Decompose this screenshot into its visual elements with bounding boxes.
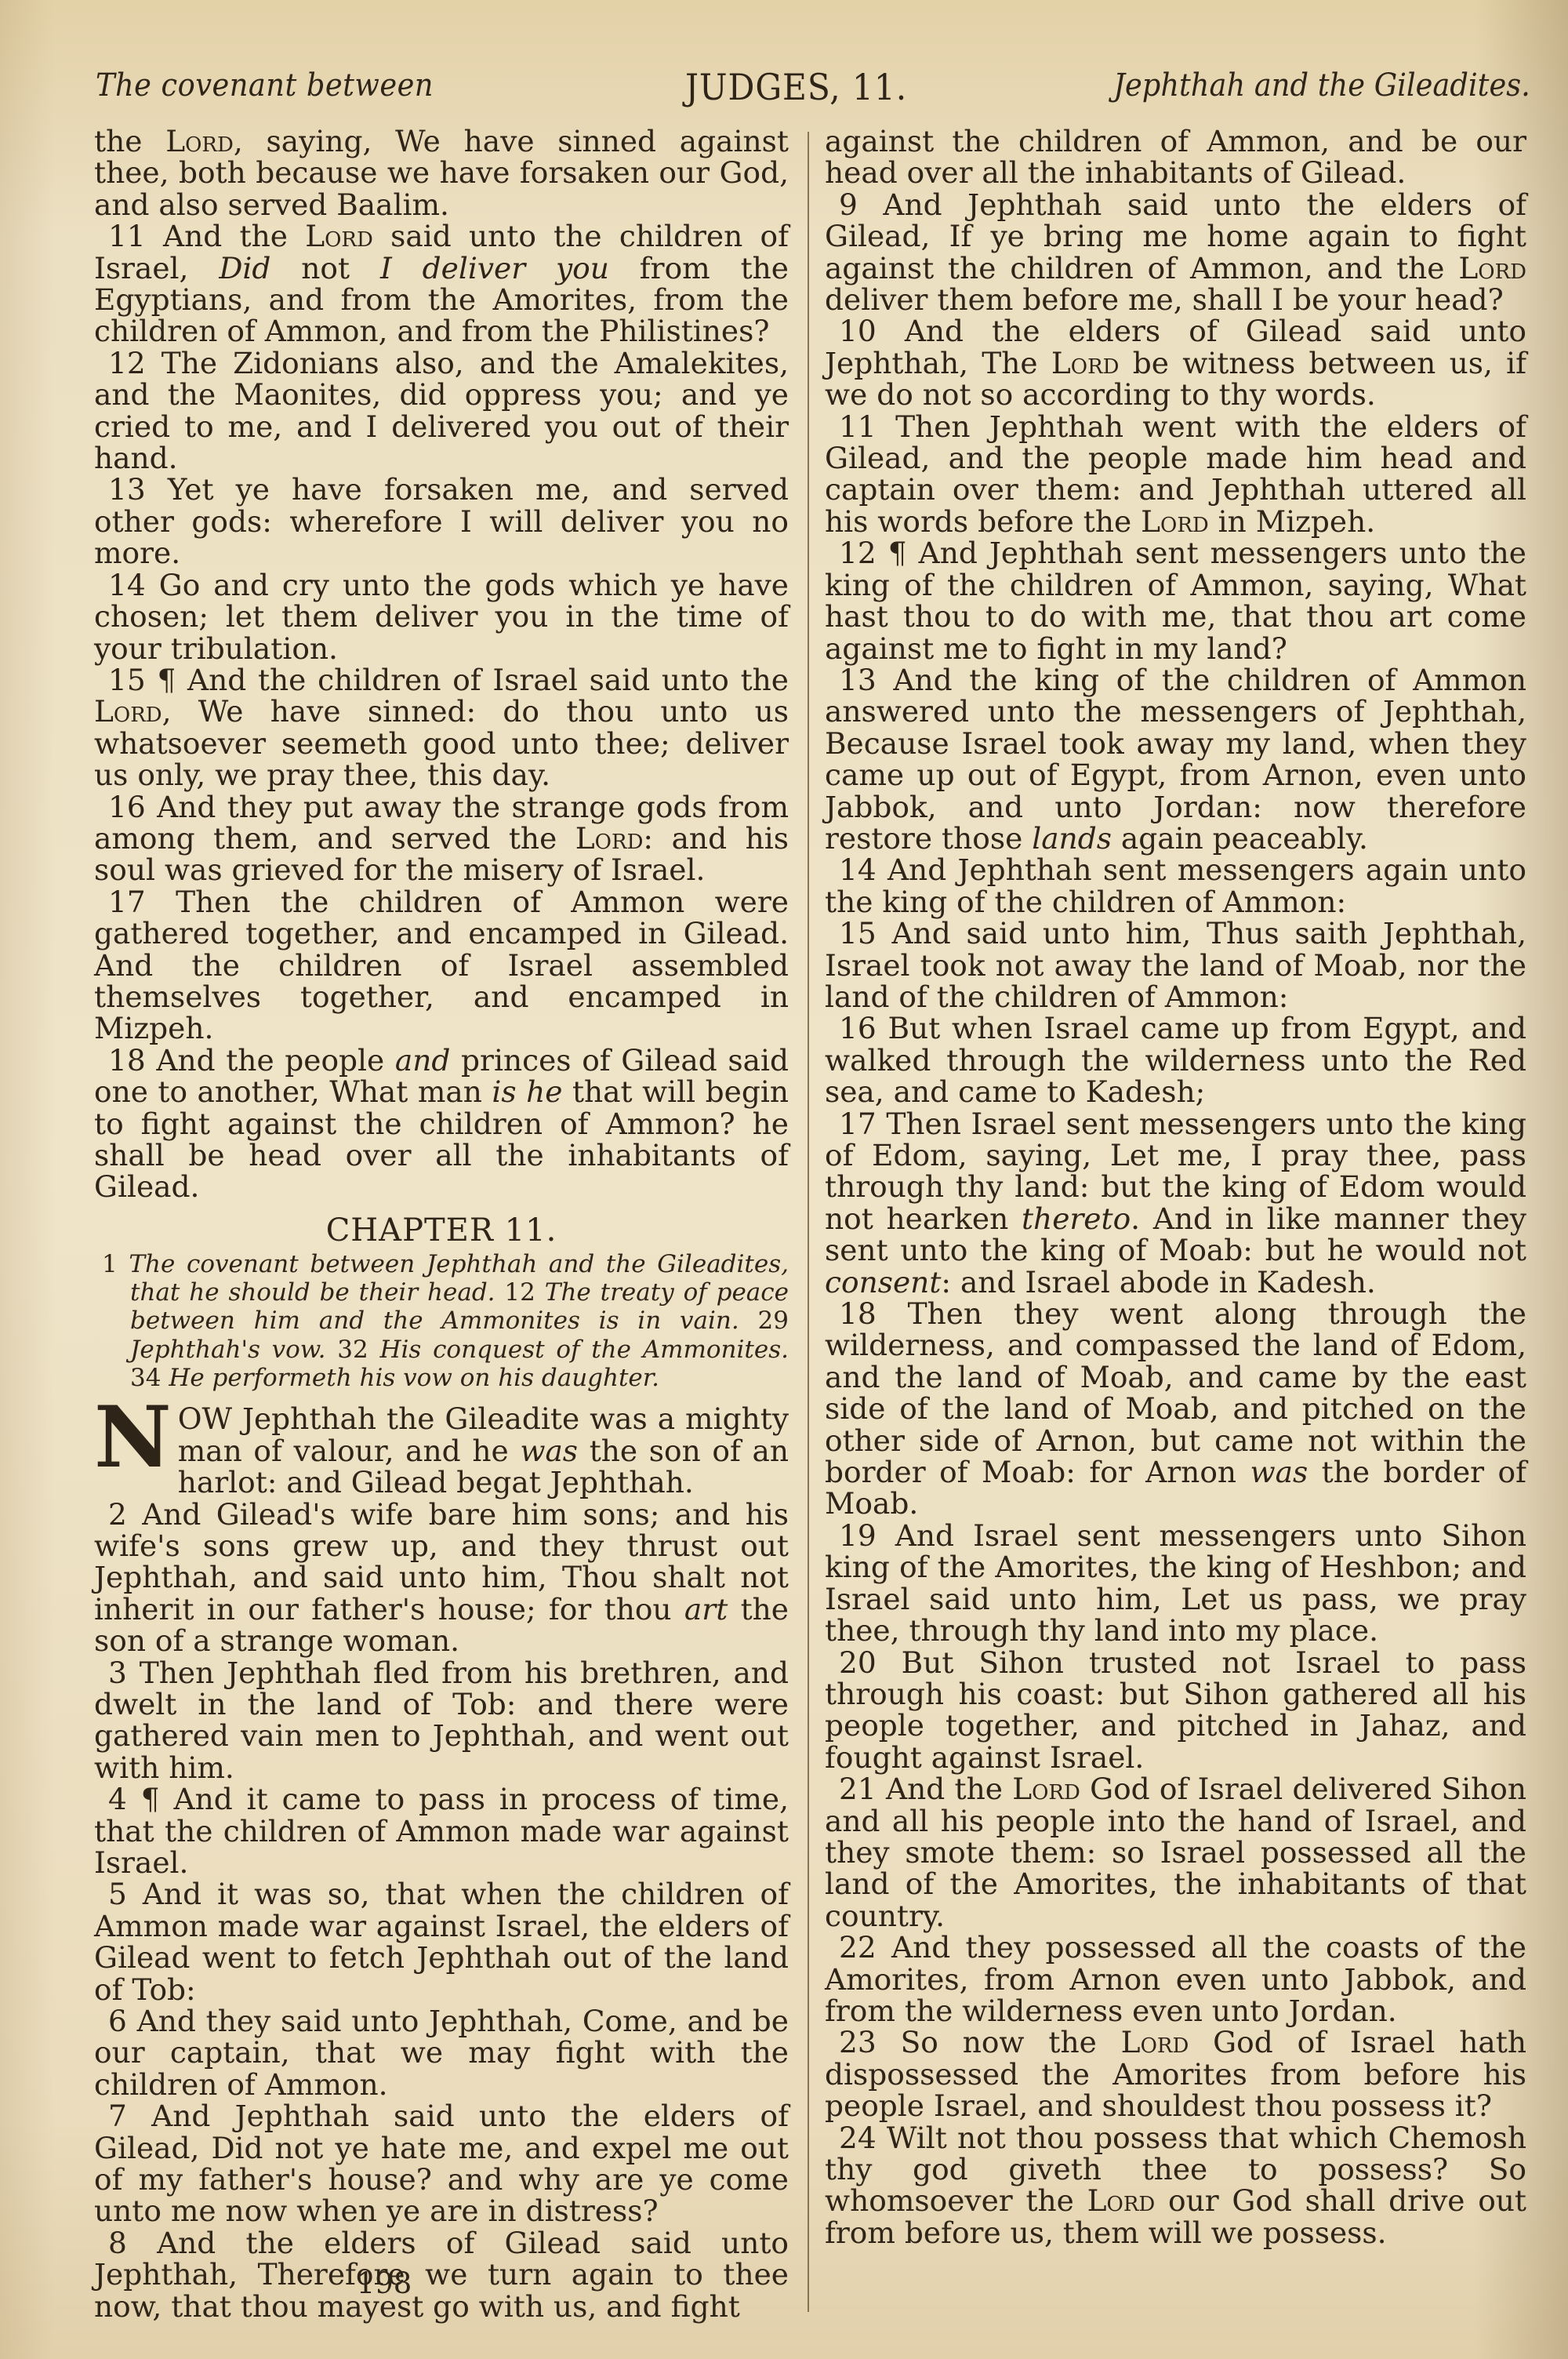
verse-number: 2 <box>94 1497 142 1532</box>
text-run: And said unto him, Thus saith Jephthah, … <box>825 916 1526 1014</box>
verse-1-text: OW Jephthah the Gileadite was a mighty m… <box>178 1401 789 1499</box>
italic-supplied-word: was <box>1250 1455 1308 1489</box>
verse: 23 So now the Lord God of Israel hath di… <box>825 2026 1526 2121</box>
italic-supplied-word: Did <box>219 251 270 285</box>
verse-number: 17 <box>94 885 176 919</box>
small-caps-lord: Lord <box>1051 346 1120 380</box>
text-run: Jephthah's vow. <box>130 1336 337 1364</box>
verse-number: 16 <box>94 790 157 824</box>
text-run: And the elders of Gilead said unto Jepht… <box>94 2226 789 2324</box>
verse: 17 Then Israel sent messengers unto the … <box>825 1108 1526 1298</box>
text-run: And Jephthah said unto the elders of Gil… <box>825 187 1526 285</box>
chapter-summary: 1 The covenant between Jephthah and the … <box>94 1250 789 1392</box>
verse-number: 22 <box>825 1930 891 1965</box>
text-run: But Sihon trusted not Israel to pass thr… <box>825 1645 1526 1775</box>
italic-supplied-word: is he <box>492 1074 562 1109</box>
small-caps-lord: Lord <box>94 694 162 729</box>
text-run: The Zidonians also, and the Amalekites, … <box>94 346 789 475</box>
summary-verse-ref: 1 <box>102 1250 129 1278</box>
verse-number: 10 <box>825 314 905 348</box>
verse-number: 5 <box>94 1877 143 1911</box>
verse: 24 Wilt not thou possess that which Chem… <box>825 2122 1526 2249</box>
text-run: And they said unto Jephthah, Come, and b… <box>94 2004 789 2102</box>
text-run: again peaceably. <box>1112 821 1368 856</box>
verse-number: 14 <box>825 852 887 887</box>
verse: 16 But when Israel came up from Egypt, a… <box>825 1012 1526 1107</box>
text-run: And Israel sent messengers unto Sihon ki… <box>825 1518 1526 1648</box>
small-caps-lord: Lord <box>1087 2183 1156 2218</box>
verse: 17 Then the children of Ammon were gathe… <box>94 886 789 1045</box>
verse: 18 And the people and princes of Gilead … <box>94 1045 789 1203</box>
text-run: Then Jephthah fled from his brethren, an… <box>94 1656 789 1785</box>
italic-supplied-word: was <box>520 1434 578 1468</box>
text-run: And it came to pass in process of time, … <box>94 1782 789 1880</box>
verse: 19 And Israel sent messengers unto Sihon… <box>825 1520 1526 1647</box>
summary-verse-ref: 29 <box>758 1307 789 1335</box>
verse-number: 4 <box>94 1782 141 1816</box>
verse: 8 And the elders of Gilead said unto Jep… <box>94 2227 789 2322</box>
verse-1: N OW Jephthah the Gileadite was a mighty… <box>94 1403 789 1498</box>
verse-number: 20 <box>825 1645 902 1680</box>
small-caps-lord: Lord <box>1458 251 1526 285</box>
chapter-10-verses: 11 And the Lord said unto the children o… <box>94 220 789 1203</box>
verse-number: 24 <box>825 2121 887 2155</box>
verse: 11 Then Jephthah went with the elders of… <box>825 411 1526 538</box>
text-run: And the <box>886 1772 1012 1806</box>
small-caps-lord: Lord <box>1012 1772 1080 1806</box>
small-caps-lord: Lord <box>305 219 373 253</box>
verse-number: 13 <box>94 472 168 507</box>
verse-number: 3 <box>94 1656 140 1690</box>
pilcrow-icon: ¶ <box>157 663 187 697</box>
chapter-heading: CHAPTER 11. <box>94 1212 789 1249</box>
pilcrow-icon: ¶ <box>141 1782 174 1816</box>
text-run: Go and cry unto the gods which ye have c… <box>94 568 789 666</box>
verse: 10 And the elders of Gilead said unto Je… <box>825 315 1526 410</box>
text-run: : and Israel abode in Kadesh. <box>941 1265 1375 1299</box>
bible-page: The covenant between JUDGES, 11. Jephtha… <box>0 0 1568 2359</box>
verse: 6 And they said unto Jephthah, Come, and… <box>94 2005 789 2100</box>
verse: 4 ¶ And it came to pass in process of ti… <box>94 1783 789 1878</box>
italic-supplied-word: and <box>395 1043 451 1078</box>
verse-number: 19 <box>825 1518 895 1553</box>
verse: 15 And said unto him, Thus saith Jephtha… <box>825 918 1526 1012</box>
verse-number: 8 <box>94 2226 157 2260</box>
verse: 12 ¶ And Jephthah sent messengers unto t… <box>825 537 1526 664</box>
summary-verse-ref: 32 <box>337 1336 379 1364</box>
verse: 14 And Jephthah sent messengers again un… <box>825 854 1526 918</box>
verse: 12 The Zidonians also, and the Amalekite… <box>94 347 789 474</box>
page-number: 198 <box>345 2266 423 2300</box>
verse-number: 17 <box>825 1107 886 1141</box>
italic-supplied-word: thereto <box>1022 1201 1131 1236</box>
verse: 18 Then they went along through the wild… <box>825 1298 1526 1520</box>
text-run: , We have sinned: do thou unto us whatso… <box>94 694 789 792</box>
verse: 9 And Jephthah said unto the elders of G… <box>825 189 1526 316</box>
verse-number: 13 <box>825 663 893 697</box>
running-head-right: Jephthah and the Gileadites. <box>1113 67 1530 104</box>
text-run: He performeth his vow on his daughter. <box>169 1364 659 1392</box>
verse: 5 And it was so, that when the children … <box>94 1878 789 2005</box>
text-run: And Jephthah said unto the elders of Gil… <box>94 2099 789 2228</box>
verse-number: 15 <box>825 916 892 951</box>
continuation-text: the Lord, saying, We have sinned against… <box>94 125 789 220</box>
verse-number: 7 <box>94 2099 151 2133</box>
verse: 15 ¶ And the children of Israel said unt… <box>94 664 789 791</box>
verse-number: 23 <box>825 2025 901 2059</box>
verse: 7 And Jephthah said unto the elders of G… <box>94 2100 789 2227</box>
chapter-11-verses-left: 2 And Gilead's wife bare him sons; and h… <box>94 1499 789 2323</box>
text-run: And Jephthah sent messengers unto the ki… <box>825 536 1526 665</box>
verse-number: 16 <box>825 1011 887 1045</box>
verse-number: 15 <box>94 663 157 697</box>
text-run: Yet ye have forsaken me, and served othe… <box>94 472 789 570</box>
running-head-left: The covenant between <box>96 67 434 104</box>
verse-number: 18 <box>94 1043 156 1078</box>
verse-number: 6 <box>94 2004 137 2038</box>
verse-number: 14 <box>94 568 159 602</box>
chapter-11-verses-right: 9 And Jephthah said unto the elders of G… <box>825 189 1526 2248</box>
italic-supplied-word: I deliver you <box>380 251 609 285</box>
verse-number: 11 <box>825 409 895 444</box>
small-caps-lord: Lord <box>1121 2025 1189 2059</box>
verse: 20 But Sihon trusted not Israel to pass … <box>825 1647 1526 1774</box>
text-run: not <box>270 251 380 285</box>
text-run: deliver them before me, shall I be your … <box>825 282 1504 317</box>
text-run: And Jephthah sent messengers again unto … <box>825 852 1526 918</box>
text-run: in Mizpeh. <box>1209 504 1375 539</box>
text-run: Then the children of Ammon were gathered… <box>94 885 789 1046</box>
small-caps-lord: Lord <box>165 124 234 158</box>
verse-number: 9 <box>825 187 883 222</box>
verse: 13 Yet ye have forsaken me, and served o… <box>94 474 789 569</box>
text-run: And they possessed all the coasts of the… <box>825 1930 1526 2028</box>
right-column: against the children of Ammon, and be ou… <box>825 125 1526 2248</box>
pilcrow-icon: ¶ <box>888 536 919 570</box>
verse: 14 Go and cry unto the gods which ye hav… <box>94 569 789 664</box>
left-column: the Lord, saying, We have sinned against… <box>94 125 789 2322</box>
text-run: So now the <box>901 2025 1121 2059</box>
verse: 2 And Gilead's wife bare him sons; and h… <box>94 1499 789 1657</box>
verse-number: 11 <box>94 219 163 253</box>
italic-supplied-word: consent <box>825 1265 941 1299</box>
small-caps-lord: Lord <box>1141 504 1209 539</box>
summary-verse-ref: 12 <box>504 1278 544 1307</box>
text-run: His conquest of the Ammonites. <box>379 1336 789 1364</box>
text-run: And the people <box>156 1043 395 1078</box>
text-run: against the children of Ammon, and be ou… <box>825 124 1526 190</box>
text-run: the <box>94 124 165 158</box>
italic-supplied-word: lands <box>1032 821 1112 856</box>
verse: 11 And the Lord said unto the children o… <box>94 220 789 347</box>
text-run: And the children of Israel said unto the <box>187 663 789 697</box>
drop-cap: N <box>94 1405 170 1470</box>
column-divider-rule <box>808 132 809 2312</box>
verse: 16 And they put away the strange gods fr… <box>94 791 789 886</box>
text-run: And the <box>163 219 305 253</box>
small-caps-lord: Lord <box>575 821 644 856</box>
verse-number: 12 <box>94 346 162 380</box>
continuation-text-right: against the children of Ammon, and be ou… <box>825 125 1526 189</box>
italic-supplied-word: art <box>684 1592 728 1627</box>
verse: 3 Then Jephthah fled from his brethren, … <box>94 1657 789 1784</box>
verse: 21 And the Lord God of Israel delivered … <box>825 1773 1526 1932</box>
verse-number: 21 <box>825 1772 886 1806</box>
verse-number: 18 <box>825 1296 908 1331</box>
verse: 13 And the king of the children of Ammon… <box>825 664 1526 854</box>
text-run: And it was so, that when the children of… <box>94 1877 789 2006</box>
verse-number: 12 <box>825 536 888 570</box>
running-head: The covenant between JUDGES, 11. Jephtha… <box>96 67 1530 122</box>
text-run: But when Israel came up from Egypt, and … <box>825 1011 1526 1109</box>
running-head-book-chapter: JUDGES, 11. <box>685 66 907 108</box>
verse: 22 And they possessed all the coasts of … <box>825 1932 1526 2026</box>
